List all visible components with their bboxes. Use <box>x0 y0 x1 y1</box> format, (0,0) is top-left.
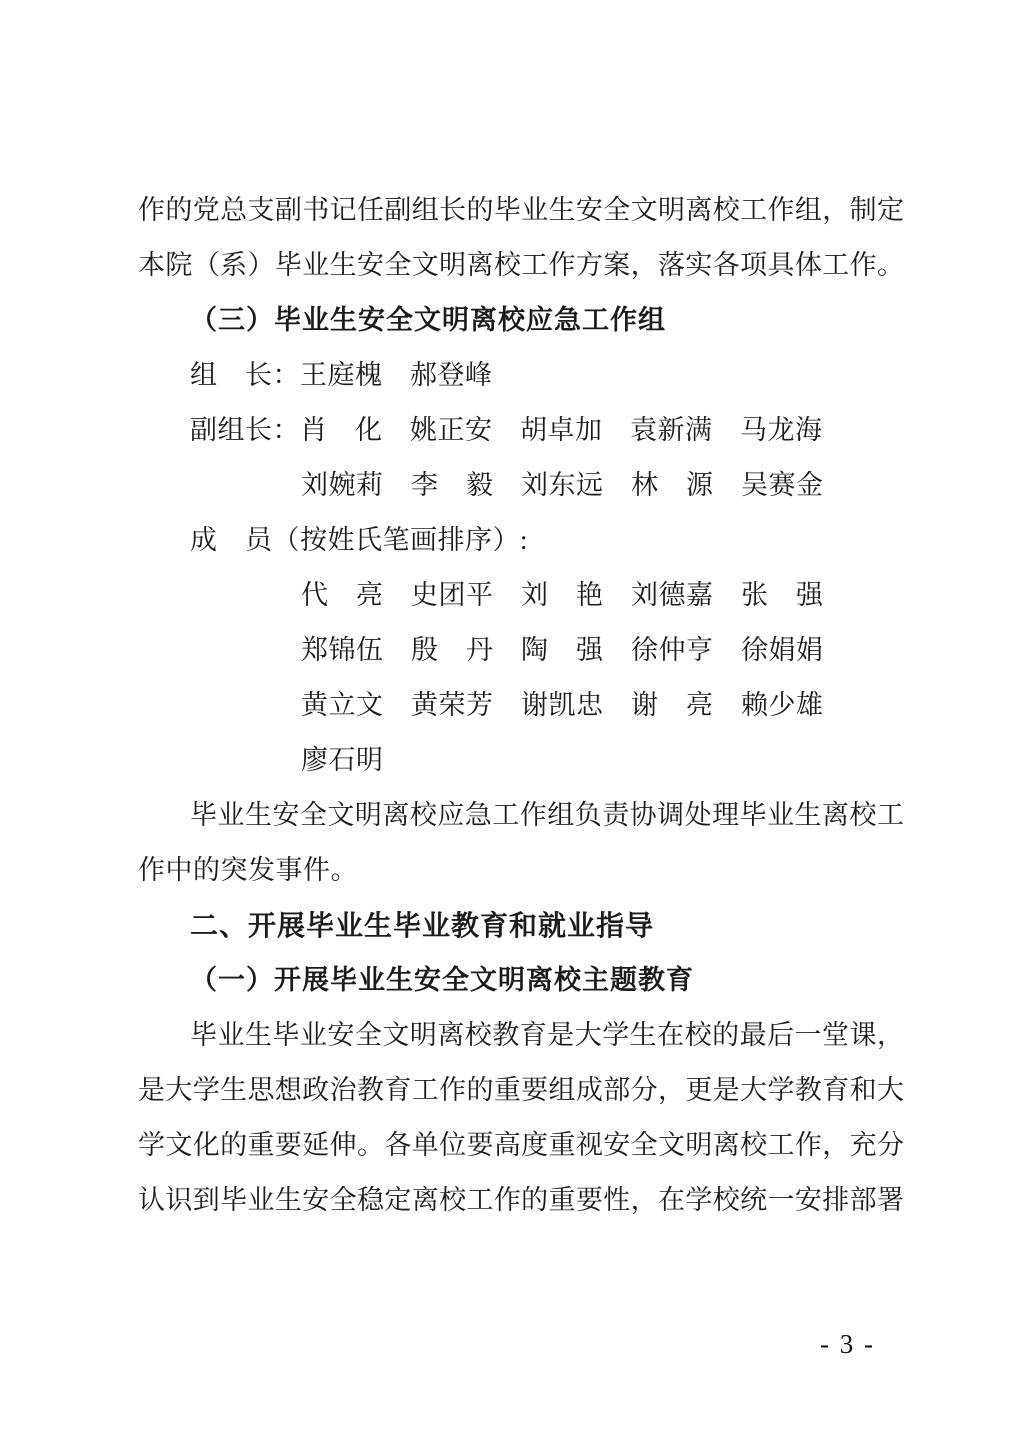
body-line: 学文化的重要延伸。各单位要高度重视安全文明离校工作，充分 <box>138 1118 904 1173</box>
role-members-label: 成 员（按姓氏笔画排序）: <box>138 513 904 568</box>
document-body: 作的党总支副书记任副组长的毕业生安全文明离校工作组，制定 本院（系）毕业生安全文… <box>138 183 904 1228</box>
name-list-row: 黄立文 黄荣芳 谢凯忠 谢 亮 赖少雄 <box>138 678 904 733</box>
body-line: 毕业生毕业安全文明离校教育是大学生在校的最后一堂课， <box>138 1008 904 1063</box>
role-deputy-row: 副组长：肖 化 姚正安 胡卓加 袁新满 马龙海 <box>138 403 904 458</box>
body-line: 认识到毕业生安全稳定离校工作的重要性，在学校统一安排部署 <box>138 1173 904 1228</box>
body-line: 是大学生思想政治教育工作的重要组成部分，更是大学教育和大 <box>138 1063 904 1118</box>
page-number: - 3 - <box>820 1326 875 1362</box>
name-list-row: 代 亮 史团平 刘 艳 刘德嘉 张 强 <box>138 568 904 623</box>
body-line: 本院（系）毕业生安全文明离校工作方案，落实各项具体工作。 <box>138 238 904 293</box>
body-line: 作中的突发事件。 <box>138 843 904 898</box>
body-line: 作的党总支副书记任副组长的毕业生安全文明离校工作组，制定 <box>138 183 904 238</box>
section-heading-three: （三）毕业生安全文明离校应急工作组 <box>138 293 904 348</box>
section-heading-one: （一）开展毕业生安全文明离校主题教育 <box>138 953 904 1008</box>
name-list-row: 廖石明 <box>138 733 904 788</box>
body-line: 毕业生安全文明离校应急工作组负责协调处理毕业生离校工 <box>138 788 904 843</box>
name-list-row: 郑锦伍 殷 丹 陶 强 徐仲亨 徐娟娟 <box>138 623 904 678</box>
name-list-row: 刘婉莉 李 毅 刘东远 林 源 吴赛金 <box>138 458 904 513</box>
role-leader-row: 组 长：王庭槐 郝登峰 <box>138 348 904 403</box>
document-page: 作的党总支副书记任副组长的毕业生安全文明离校工作组，制定 本院（系）毕业生安全文… <box>0 0 1024 1448</box>
chapter-heading-two: 二、开展毕业生毕业教育和就业指导 <box>138 898 904 953</box>
